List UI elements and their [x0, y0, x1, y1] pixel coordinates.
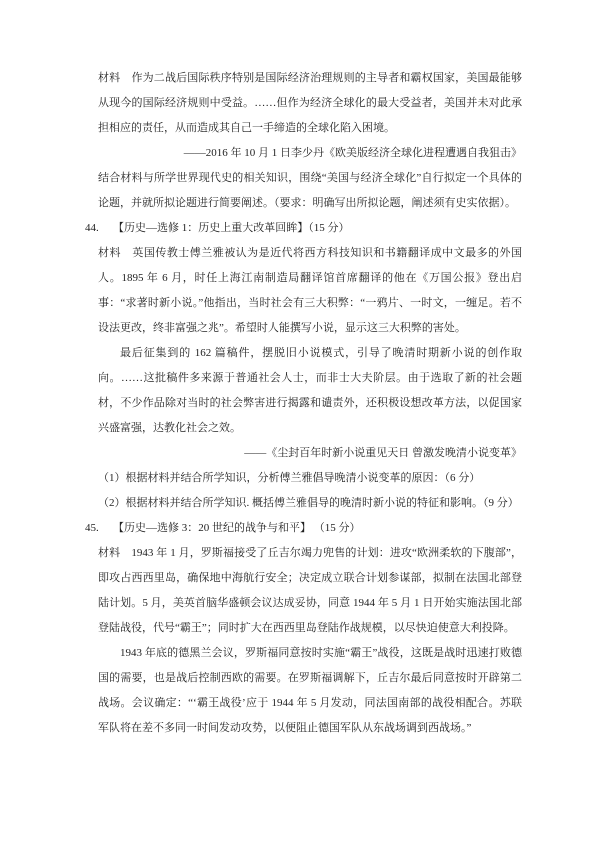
q44-subquestion-2: （2）根据材料并结合所学知识. 概括傅兰雅倡导的晚清时新小说的特征和影响。（9 … — [98, 491, 522, 516]
question-45-number: 45. — [85, 516, 113, 541]
question-45-title: 【历史—选修 3：20 世纪的战争与和平】 （15 分） — [113, 516, 522, 541]
q43-material-paragraph: 材料 作为二战后国际秩序特别是国际经济治理规则的主导者和霸权国家，美国最能够从现… — [98, 66, 522, 141]
question-45-heading: 45. 【历史—选修 3：20 世纪的战争与和平】 （15 分） — [85, 516, 522, 541]
q45-material-paragraph-1: 材料 1943 年 1 月，罗斯福接受了丘吉尔竭力兜售的计划：进攻“欧洲柔软的下… — [98, 541, 522, 641]
q44-source-citation: ——《尘封百年时新小说重见天日 曾激发晚清小说变革》 — [98, 441, 522, 466]
q45-material-paragraph-2: 1943 年底的德黑兰会议，罗斯福同意按时实施“霸王”战役，这既是战时迅速打败德… — [98, 641, 522, 741]
question-44-heading: 44. 【历史—选修 1：历史上重大改革回眸】（15 分） — [85, 216, 522, 241]
question-44-title: 【历史—选修 1：历史上重大改革回眸】（15 分） — [113, 216, 522, 241]
q44-subquestion-1: （1）根据材料并结合所学知识，分析傅兰雅倡导晚清小说变革的原因：（6 分） — [98, 466, 522, 491]
q44-material-paragraph-2: 最后征集到的 162 篇稿件，摆脱旧小说模式，引导了晚清时期新小说的创作取向。…… — [98, 341, 522, 441]
q44-material-paragraph-1: 材料 英国传教士傅兰雅被认为是近代将西方科技知识和书籍翻译成中文最多的外国人。1… — [98, 241, 522, 341]
q43-source-citation: ——2016 年 10 月 1 日李少丹《欧美版经济全球化进程遭遇自我狙击》 — [98, 141, 522, 166]
exam-page: 材料 作为二战后国际秩序特别是国际经济治理规则的主导者和霸权国家，美国最能够从现… — [0, 0, 600, 848]
q43-task-paragraph: 结合材料与所学世界现代史的相关知识，围绕“美国与经济全球化”自行拟定一个具体的论… — [98, 166, 522, 216]
question-44-number: 44. — [85, 216, 113, 241]
